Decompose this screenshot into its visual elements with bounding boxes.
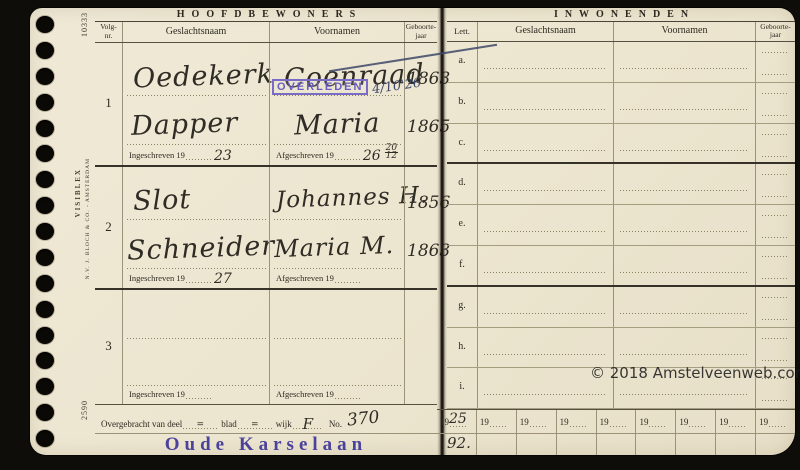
deel-handwritten: = (197, 420, 205, 430)
year-prefix: 19 (520, 417, 529, 427)
letter-cell: e. (447, 205, 477, 245)
surname-cell (477, 205, 613, 245)
write-line (274, 338, 401, 339)
letter-cell: c. (447, 124, 477, 163)
birthyear-cell (755, 328, 795, 368)
write-line (762, 360, 789, 361)
no-label: No. (329, 419, 342, 429)
inwonenden-title: INWONENDEN (547, 9, 695, 20)
firstnames-cell (613, 164, 755, 204)
wijk-handwritten: F (303, 415, 313, 433)
surname-cell: Oedekerk Dapper Ingeschreven 19 23 (122, 43, 269, 165)
birthyear-cell (404, 290, 437, 404)
street-row: Oude Karselaan (95, 433, 437, 455)
afgeschreven-label: Afgeschreven 19 (276, 389, 334, 399)
write-line (649, 418, 667, 427)
lodger-row-h: h. (447, 328, 795, 369)
resident-entry-2: 2 Slot Schneider Ingeschreven 19 27 Joha… (95, 167, 437, 289)
year-prefix: 19 (600, 417, 609, 427)
bottom-cell (476, 434, 516, 455)
firstnames-cell (613, 205, 755, 245)
binder-hole (36, 327, 54, 344)
write-line (186, 390, 212, 399)
write-line (127, 144, 266, 145)
row-letter: i. (447, 381, 477, 392)
hoofdbewoners-table: HOOFDBEWONERS Volg- nr. Geslachtsnaam Vo… (95, 8, 437, 455)
binder-hole (36, 378, 54, 395)
year-cell: 19 (675, 410, 715, 432)
afgeschreven-label: Afgeschreven 19 (276, 150, 334, 160)
house-number-handwritten: 92. (447, 434, 471, 452)
month: 12 (386, 151, 397, 161)
bottom-row: 92. (437, 433, 795, 455)
write-line (762, 297, 789, 298)
copyright-watermark: © 2018 Amstelveenweb.com (590, 364, 800, 382)
geslachtsnaam-label: Geslachtsnaam (515, 26, 576, 36)
column-header-volgnr: Volg- nr. (95, 22, 122, 42)
write-line (762, 256, 789, 257)
letter-cell: b. (447, 83, 477, 123)
street-name-stamp: Oude Karselaan (165, 434, 367, 455)
letter-cell: f. (447, 246, 477, 285)
binder-hole (36, 120, 54, 137)
write-line (335, 151, 361, 160)
voornamen-label: Voornamen (662, 26, 708, 36)
write-line (127, 385, 266, 386)
overleden-stamp-row: OVERLEDEN 4/10'26 (272, 79, 422, 95)
write-line (762, 319, 789, 320)
year-prefix: 19 (480, 417, 489, 427)
bottom-cell (715, 434, 755, 455)
write-line (762, 338, 789, 339)
entry-number: 1 (95, 95, 122, 111)
write-line (570, 418, 588, 427)
card-serial-top: 10333 (80, 12, 89, 37)
year-prefix: 19 (639, 417, 648, 427)
wijk-label: wijk (276, 419, 292, 429)
column-header-geboortejaar: Geboorte- jaar (404, 22, 437, 42)
write-line (484, 272, 607, 273)
afgeschreven-label: Afgeschreven 19 (276, 273, 334, 283)
printer-address: N.V. J. BLOCH & CO. - AMSTERDAM (85, 158, 91, 279)
write-line (620, 354, 749, 355)
year-prefix: 19 (719, 417, 728, 427)
row-letter: b. (447, 96, 477, 107)
write-line (729, 418, 747, 427)
surname-cell (477, 287, 613, 327)
write-line (769, 418, 787, 427)
row-letter: g. (447, 300, 477, 311)
ingeschreven-footer: Ingeschreven 19 (129, 389, 212, 399)
write-line (127, 268, 266, 269)
binder-hole (36, 145, 54, 162)
bottom-cell (516, 434, 556, 455)
year-cell: 19 (516, 410, 556, 432)
birthyear-cell (755, 246, 795, 285)
year-cell: 19 (556, 410, 596, 432)
birthyear-cell (755, 164, 795, 204)
year-handwritten: 25 (449, 411, 467, 427)
geslachtsnaam-label: Geslachtsnaam (166, 27, 227, 37)
column-header-voornamen: Voornamen (269, 22, 404, 42)
ingeschreven-footer: Ingeschreven 19 27 (129, 273, 232, 283)
binder-hole (36, 197, 54, 214)
letter-cell: g. (447, 287, 477, 327)
write-line (127, 338, 266, 339)
afgeschreven-footer: Afgeschreven 19 26 20 12 (276, 145, 398, 160)
write-line (490, 418, 508, 427)
row-letter: c. (447, 137, 477, 148)
write-line (484, 394, 607, 395)
lodger-row-f: f. (447, 246, 795, 287)
binder-hole (36, 430, 54, 447)
firstnames-cell: Coenraad Maria OVERLEDEN 4/10'26 Afgesch… (269, 43, 404, 165)
write-line (335, 390, 361, 399)
write-line (762, 215, 789, 216)
binder-hole (36, 301, 54, 318)
write-line (762, 278, 789, 279)
ingeschreven-label: Ingeschreven 19 (129, 150, 185, 160)
column-header-geslachtsnaam: Geslachtsnaam (477, 22, 613, 41)
card-serial-bottom: 2590 (80, 400, 89, 420)
bottom-cell: 92. (437, 434, 476, 455)
firstnames-cell (613, 246, 755, 285)
write-line (620, 68, 749, 69)
row-letter: d. (447, 177, 477, 188)
printer-brand: VISIBLEX (74, 168, 82, 217)
write-line (484, 68, 607, 69)
inwonenden-table: INWONENDEN Lett. Geslachtsnaam Voornamen… (447, 8, 795, 455)
letter-cell: i. (447, 368, 477, 408)
surname-cell (477, 83, 613, 123)
inwonenden-header-row: Lett. Geslachtsnaam Voornamen Geboorte- … (447, 22, 795, 42)
lodger-row-c: c. (447, 124, 795, 165)
binder-hole (36, 249, 54, 266)
write-line (484, 231, 607, 232)
surname-handwritten: Slot (132, 183, 191, 216)
ingeschreven-label: Ingeschreven 19 (129, 273, 185, 283)
firstnames-cell (613, 124, 755, 163)
surname-cell: Ingeschreven 19 (122, 290, 269, 404)
binder-hole (36, 404, 54, 421)
write-line (620, 190, 749, 191)
surname-cell (477, 42, 613, 82)
write-line (762, 196, 789, 197)
write-line (484, 354, 607, 355)
entry-number-cell: 3 (95, 290, 122, 404)
write-line (484, 109, 607, 110)
entry-number-cell: 1 (95, 43, 122, 165)
bottom-cell (675, 434, 715, 455)
surname-handwritten: Dapper (130, 107, 238, 142)
overgebracht-row: Overgebracht van deel = blad = wijk F No… (95, 404, 437, 433)
hoofdbewoners-header-row: Volg- nr. Geslachtsnaam Voornamen Geboor… (95, 22, 437, 43)
year-row: 19 25 19 19 19 19 19 19 19 19 (437, 409, 795, 432)
year-cell: 19 (715, 410, 755, 432)
write-line (127, 95, 266, 96)
geboortejaar-line2: jaar (415, 31, 426, 40)
overleden-date-handwritten: 4/10'26 (372, 76, 423, 98)
surname-cell (477, 328, 613, 368)
overleden-stamp: OVERLEDEN (272, 79, 368, 95)
blad-label: blad (221, 419, 237, 429)
write-line (762, 174, 789, 175)
bottom-cell (755, 434, 795, 455)
entry-number: 3 (95, 338, 122, 354)
binder-hole-strip (34, 16, 56, 447)
firstnames-cell: Johannes H. Maria M. Afgeschreven 19 (269, 167, 404, 289)
binder-hole (36, 16, 54, 33)
letter-cell: h. (447, 328, 477, 368)
binder-hole (36, 42, 54, 59)
firstnames-cell (613, 328, 755, 368)
write-line (484, 313, 607, 314)
write-line (127, 219, 266, 220)
column-header-geboortejaar: Geboorte- jaar (755, 22, 795, 41)
write-line (620, 394, 749, 395)
write-line (762, 156, 789, 157)
resident-entry-3: 3 Ingeschreven 19 Afgeschreven 19 (95, 290, 437, 404)
card-fold-crease (437, 8, 447, 455)
column-header-voornamen: Voornamen (613, 22, 755, 41)
afgeschreven-footer: Afgeschreven 19 (276, 273, 361, 283)
volgnr-line2: nr. (105, 31, 113, 40)
lodger-row-e: e. (447, 205, 795, 246)
write-line (274, 385, 401, 386)
surname-cell (477, 246, 613, 285)
lett-label: Lett. (454, 27, 470, 36)
surname-handwritten: Oedekerk (133, 58, 275, 94)
row-letter: a. (447, 55, 477, 66)
year-cell: 19 (755, 410, 795, 432)
surname-cell: Slot Schneider Ingeschreven 19 27 (122, 167, 269, 289)
bottom-cell (596, 434, 636, 455)
overgebracht-label: Overgebracht van deel (101, 419, 182, 429)
ingeschreven-year-handwritten: 23 (214, 152, 232, 160)
binder-hole (36, 94, 54, 111)
afgeschreven-year-handwritten: 26 (363, 152, 381, 160)
birthyear-cell: 1856 1863 (404, 167, 437, 289)
birthyear-cell (755, 287, 795, 327)
year-cell: 19 (635, 410, 675, 432)
firstnames-cell (613, 42, 755, 82)
write-line (274, 268, 401, 269)
write-line (762, 52, 789, 53)
write-line (762, 74, 789, 75)
birthyear-cell (755, 83, 795, 123)
year-prefix: 19 (440, 417, 449, 427)
year-cell: 19 (596, 410, 636, 432)
write-line (620, 109, 749, 110)
write-line: F (293, 420, 323, 429)
binder-hole (36, 275, 54, 292)
birthyear-cell (755, 205, 795, 245)
year-cell: 19 25 (437, 410, 476, 432)
hoofdbewoners-title: HOOFDBEWONERS (170, 9, 362, 20)
write-line: = (238, 420, 272, 429)
binder-hole (36, 352, 54, 369)
write-line (484, 190, 607, 191)
ingeschreven-year-handwritten: 27 (214, 275, 232, 283)
row-letter: h. (447, 341, 477, 352)
write-line (530, 418, 548, 427)
registration-card: 10333 VISIBLEX N.V. J. BLOCH & CO. - AMS… (30, 8, 795, 455)
lodger-row-d: d. (447, 164, 795, 205)
surname-cell (477, 124, 613, 163)
surname-cell (477, 164, 613, 204)
column-header-geslachtsnaam: Geslachtsnaam (122, 22, 269, 42)
birthyear-cell: 1863 1865 (404, 43, 437, 165)
write-line (620, 313, 749, 314)
write-line (762, 400, 789, 401)
voornamen-label: Voornamen (314, 27, 360, 37)
letter-cell: d. (447, 164, 477, 204)
firstnames-cell: Afgeschreven 19 (269, 290, 404, 404)
lodger-row-a: a. (447, 42, 795, 83)
binder-hole (36, 223, 54, 240)
afgeschreven-footer: Afgeschreven 19 (276, 389, 361, 399)
firstnames-handwritten: Maria M. (274, 230, 395, 262)
year-prefix: 19 (679, 417, 688, 427)
surname-handwritten: Schneider (127, 230, 276, 266)
ingeschreven-footer: Ingeschreven 19 23 (129, 150, 232, 160)
write-line (762, 115, 789, 116)
write-line (484, 150, 607, 151)
geboortejaar-line2: jaar (770, 30, 781, 39)
write-line (620, 272, 749, 273)
write-line (335, 274, 361, 283)
blad-handwritten: = (251, 420, 259, 430)
ingeschreven-label: Ingeschreven 19 (129, 389, 185, 399)
write-line (274, 219, 401, 220)
column-header-lett: Lett. (447, 22, 477, 41)
write-line (762, 134, 789, 135)
row-letter: e. (447, 218, 477, 229)
afgeschreven-date-fraction: 20 12 (385, 145, 398, 160)
birthyear-cell (755, 42, 795, 82)
write-line (620, 150, 749, 151)
write-line (610, 418, 628, 427)
birthyear-cell (755, 124, 795, 163)
write-line (186, 151, 212, 160)
firstnames-handwritten: Maria (293, 107, 380, 141)
lodger-row-b: b. (447, 83, 795, 124)
year-prefix: 19 (759, 417, 768, 427)
firstnames-cell (613, 287, 755, 327)
resident-entry-1: 1 Oedekerk Dapper Ingeschreven 19 23 Coe… (95, 43, 437, 165)
bottom-cell (635, 434, 675, 455)
row-letter: f. (447, 259, 477, 270)
write-line (762, 93, 789, 94)
binder-hole (36, 171, 54, 188)
write-line (620, 231, 749, 232)
write-line (186, 274, 212, 283)
year-prefix: 19 (560, 417, 569, 427)
no-handwritten: 370 (346, 407, 380, 430)
binder-hole (36, 68, 54, 85)
write-line: = (183, 420, 217, 429)
inwonenden-title-row: INWONENDEN (447, 8, 795, 22)
write-line (689, 418, 707, 427)
entry-number: 2 (95, 219, 122, 235)
hoofdbewoners-title-row: HOOFDBEWONERS (95, 8, 437, 22)
firstnames-cell (613, 83, 755, 123)
lodger-row-g: g. (447, 287, 795, 328)
entry-number-cell: 2 (95, 167, 122, 289)
year-cell: 19 (476, 410, 516, 432)
write-line (762, 237, 789, 238)
bottom-cell (556, 434, 596, 455)
